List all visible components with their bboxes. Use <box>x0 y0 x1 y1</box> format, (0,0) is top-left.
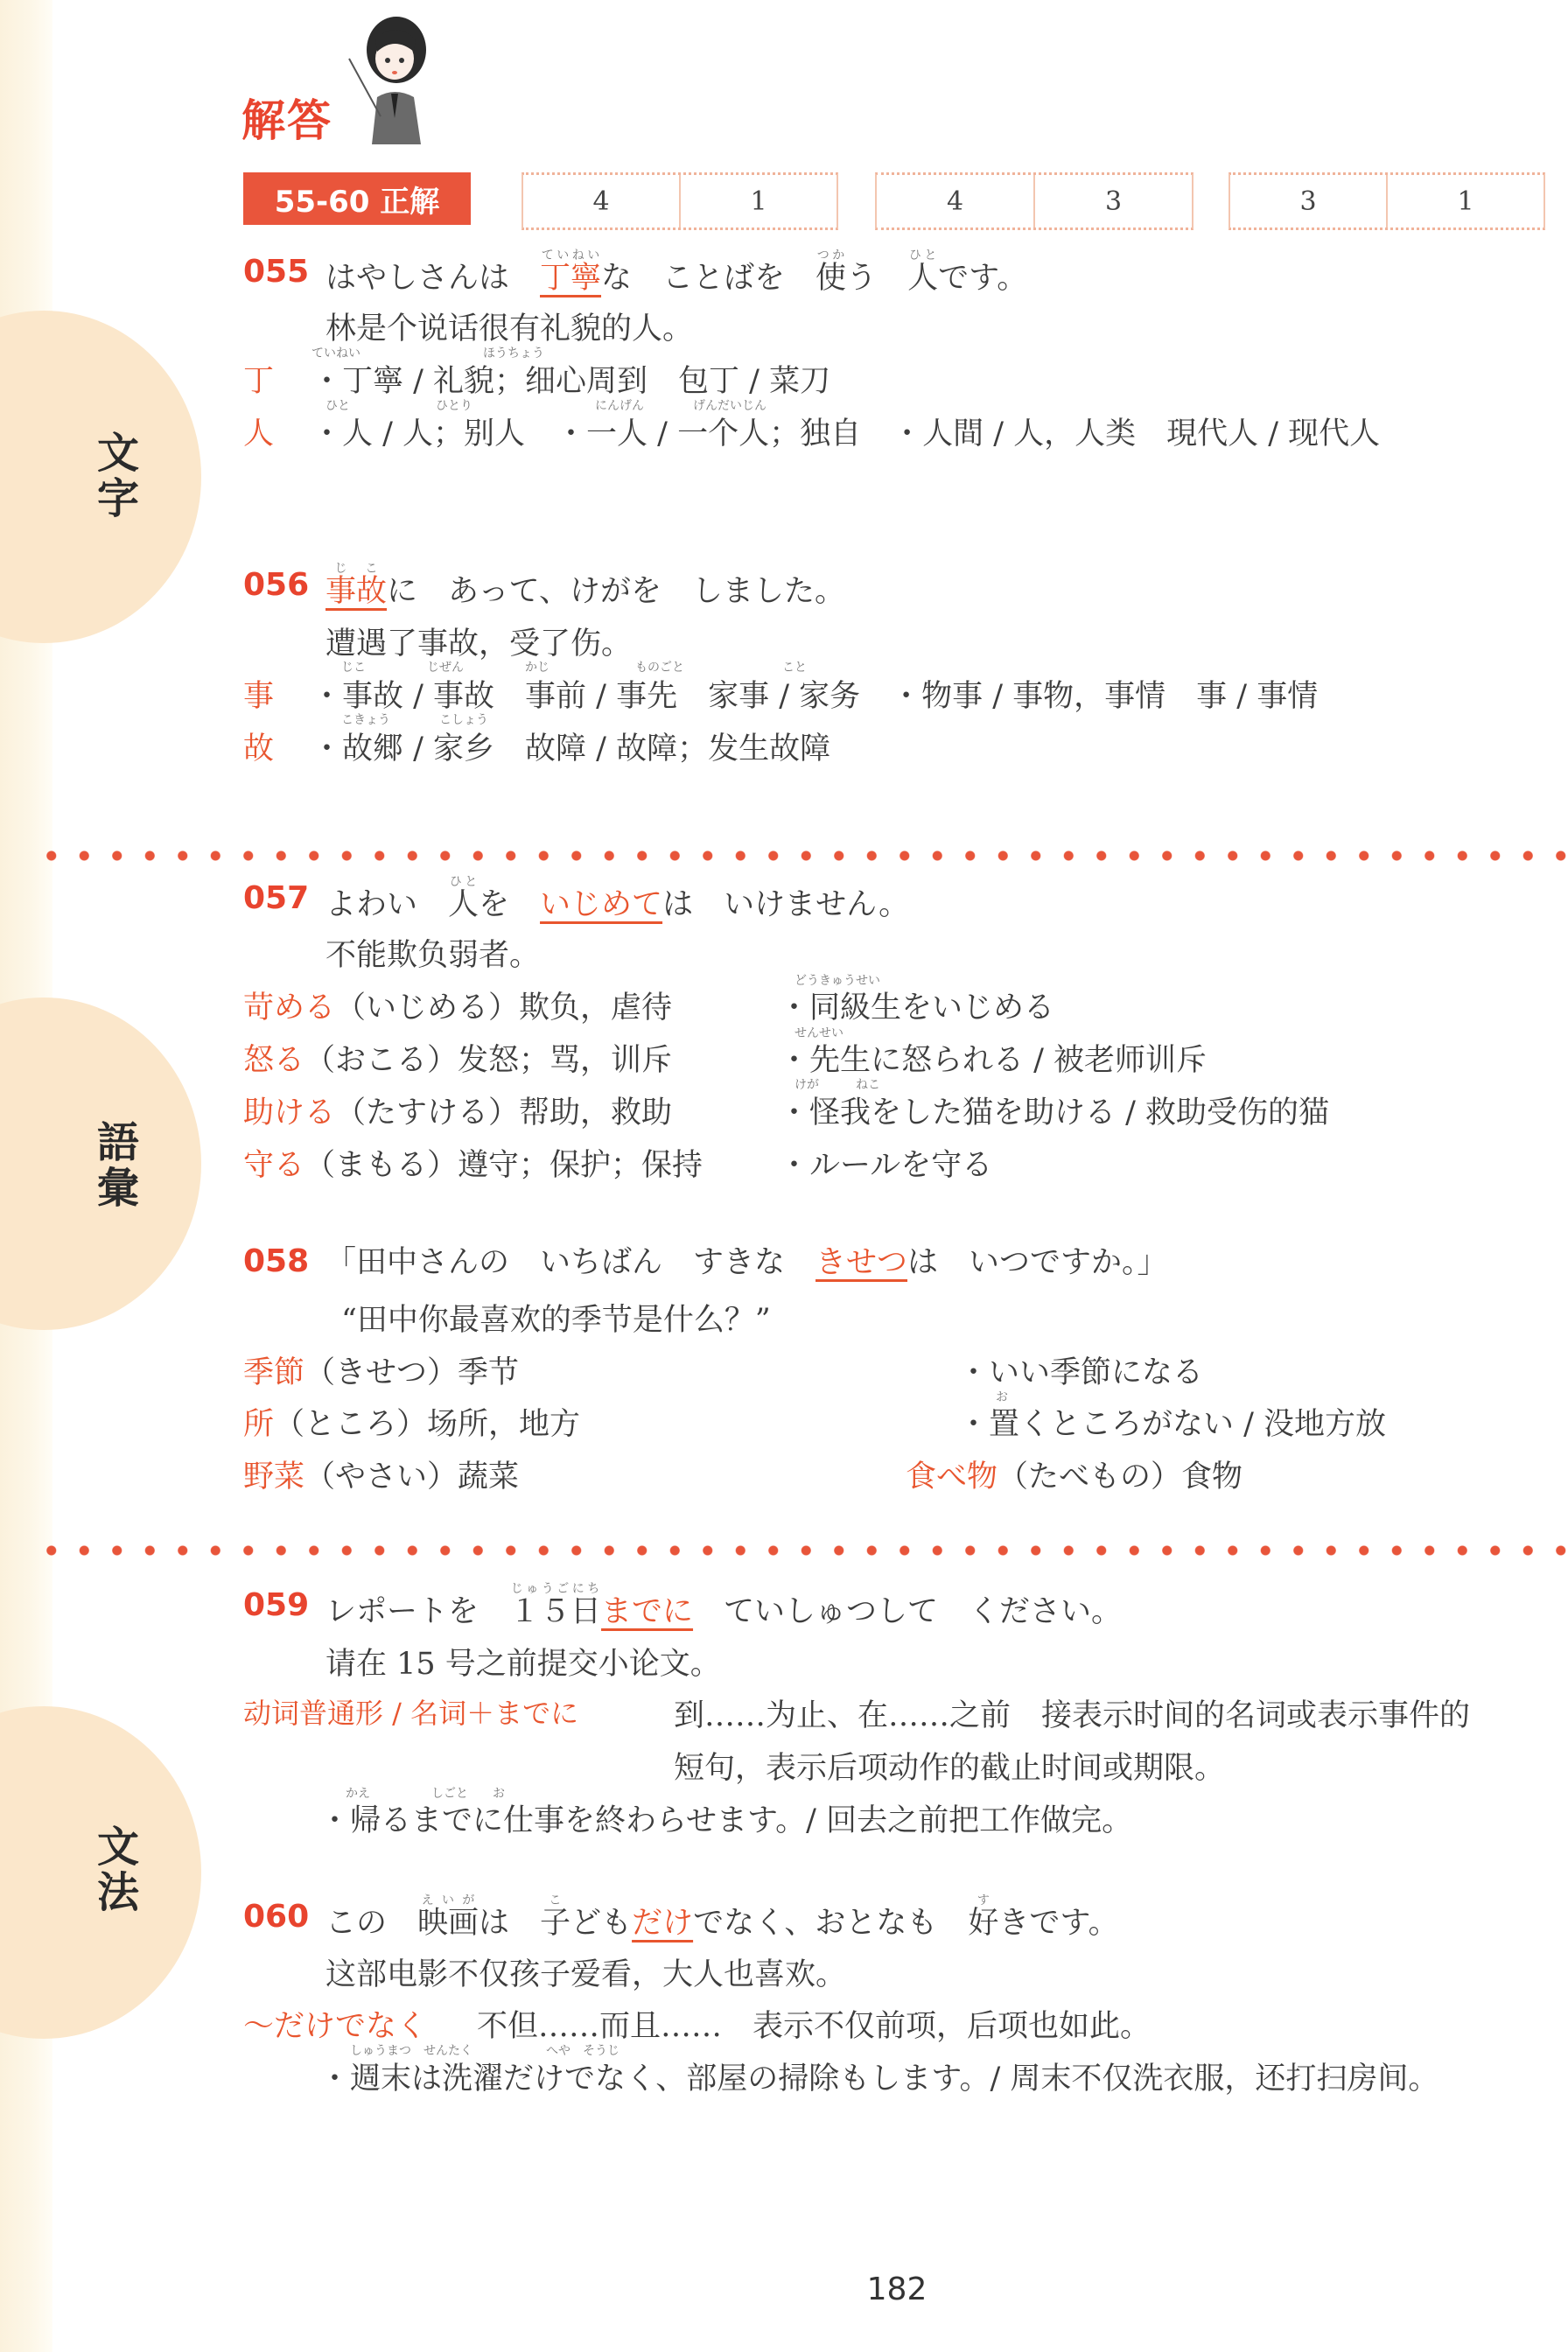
question-number-056: 056 <box>243 567 309 603</box>
vocab-tasukeru-example: ・怪我をした猫を助ける / 救助受伤的猫 <box>779 1088 1329 1132</box>
answer-box-pair-3: 3 1 <box>1228 172 1545 230</box>
vocab-row-okoru: 怒る（おこる）发怒；骂，训斥 <box>243 1036 672 1080</box>
side-tab-goi-label: 語彙 <box>92 1120 144 1211</box>
grammar-059-pattern: 动词普通形 / 名词＋までに <box>243 1691 578 1732</box>
kanji-ji-usage: ・事故 / 事故 事前 / 事先 家事 / 家务 ・物事 / 事物，事情 事 /… <box>311 672 1318 716</box>
question-number-059: 059 <box>243 1587 309 1623</box>
question-059-translation: 请在 15 号之前提交小论文。 <box>325 1640 721 1683</box>
answer-057: 4 <box>877 175 1033 227</box>
answer-056: 1 <box>679 175 836 227</box>
grammar-059-note: 短句，表示后项动作的截止时间或期限。 <box>674 1744 1225 1788</box>
vocab-kisetsu-example: ・いい季節になる <box>958 1348 1203 1392</box>
grammar-059-example: ・帰るまでに仕事を終わらせます。/ 回去之前把工作做完。 <box>319 1796 1132 1840</box>
kanji-head-ji: 事 <box>243 672 274 716</box>
question-060-translation: 这部电影不仅孩子爱看，大人也喜欢。 <box>325 1950 846 1994</box>
vocab-row-mamoru: 守る（まもる）遵守；保护；保持 <box>243 1141 703 1185</box>
question-057-sentence: よわい 人ひとを いじめては いけません。 <box>325 875 909 924</box>
vocab-tabemono: 食べ物（たべもの）食物 <box>906 1452 1242 1496</box>
question-055-sentence: はやしさんは 丁寧ていねいな ことばを 使つかう 人ひとです。 <box>325 248 1027 297</box>
answer-box-pair-2: 4 3 <box>875 172 1193 230</box>
question-057-translation: 不能欺负弱者。 <box>325 931 540 975</box>
page-number: 182 <box>866 2271 927 2307</box>
vocab-row-yasai: 野菜（やさい）蔬菜 <box>243 1452 519 1496</box>
kanji-head-hito: 人 <box>243 409 274 453</box>
question-number-058: 058 <box>243 1243 309 1279</box>
question-number-060: 060 <box>243 1899 309 1935</box>
grammar-060-meaning: 不但……而且…… 表示不仅前项，后项也如此。 <box>477 2002 1151 2046</box>
teacher-girl-illustration-icon <box>346 13 442 144</box>
vocab-ijimeru-example: ・同級生をいじめる <box>779 983 1054 1027</box>
vocab-row-tasukeru: 助ける（たすける）帮助，救助 <box>243 1088 672 1132</box>
kanji-head-ko: 故 <box>243 724 274 768</box>
grammar-059-meaning: 到……为止、在……之前 接表示时间的名词或表示事件的 <box>674 1691 1470 1735</box>
answer-060: 1 <box>1386 175 1543 227</box>
grammar-060-example: ・週末は洗濯だけでなく、部屋の掃除もします。/ 周末不仅洗衣服，还打扫房间。 <box>319 2054 1438 2098</box>
vocab-mamoru-example: ・ルールを守る <box>779 1141 992 1185</box>
answer-059: 3 <box>1230 175 1386 227</box>
grammar-060-pattern: ～だけでなく <box>243 2002 427 2046</box>
answer-range-badge: 55-60 正解 <box>243 172 471 225</box>
question-059-sentence: レポートを １５日じゅうごにちまでに ていしゅつして ください。 <box>325 1582 1122 1631</box>
question-number-055: 055 <box>243 254 309 290</box>
side-tab-moji-label: 文字 <box>92 430 144 521</box>
vocab-row-ijimeru: 苛める（いじめる）欺负，虐待 <box>243 983 672 1027</box>
question-number-057: 057 <box>243 880 309 916</box>
question-058-translation: “田中你最喜欢的季节是什么？” <box>341 1296 771 1340</box>
question-058-sentence: 「田中さんの いちばん すきな きせつは いつですか。」 <box>325 1238 1168 1282</box>
question-055-translation: 林是个说话很有礼貌的人。 <box>325 304 693 348</box>
section-divider-2 <box>35 1545 1568 1556</box>
answer-box-pair-1: 4 1 <box>521 172 838 230</box>
vocab-okoru-example: ・先生に怒られる / 被老师训斥 <box>779 1036 1207 1080</box>
section-divider-1 <box>35 850 1568 861</box>
answer-058: 3 <box>1033 175 1192 227</box>
question-060-sentence: この 映画えいがは 子こどもだけでなく、おとなも 好すきです。 <box>325 1893 1119 1942</box>
kanji-head-tei: 丁 <box>243 357 274 401</box>
kanji-ko-usage: ・故郷 / 家乡 故障 / 故障；发生故障 <box>311 724 830 768</box>
kanji-hito-usage: ・人 / 人；别人 ・一人 / 一个人；独自 ・人間 / 人，人类 現代人 / … <box>311 409 1380 453</box>
question-056-translation: 遭遇了事故，受了伤。 <box>325 619 632 663</box>
vocab-tokoro-example: ・置くところがない / 没地方放 <box>958 1400 1386 1444</box>
side-tab-bunpo-label: 文法 <box>92 1824 144 1915</box>
question-056-sentence: 事故じこに あって、けがを しました。 <box>325 562 845 611</box>
answer-055: 4 <box>523 175 679 227</box>
page-title: 解答 <box>241 86 332 149</box>
vocab-row-kisetsu: 季節（きせつ）季节 <box>243 1348 519 1392</box>
kanji-tei-usage: ・丁寧 / 礼貌；细心周到 包丁 / 菜刀 <box>311 357 830 401</box>
vocab-row-tokoro: 所（ところ）场所，地方 <box>243 1400 580 1444</box>
